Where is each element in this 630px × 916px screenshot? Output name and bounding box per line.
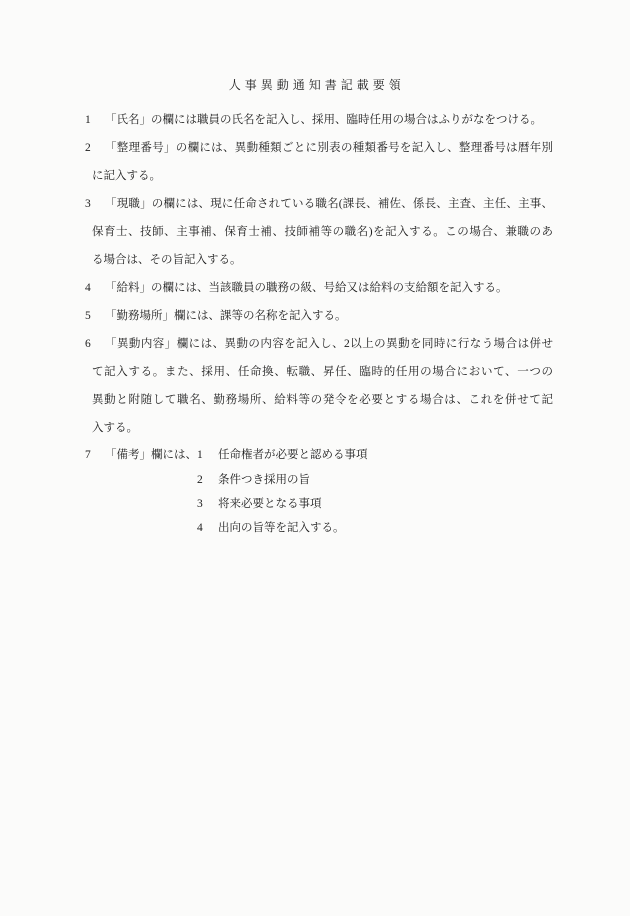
- item-line: 入する。: [92, 414, 553, 442]
- item-5: 5 「勤務場所」欄には、課等の名称を記入する。: [60, 302, 553, 330]
- sub-item-line: 2条件つき採用の旨: [92, 468, 553, 492]
- item-number: 6: [85, 330, 91, 358]
- page-title: 人 事 異 動 通 知 書 記 載 要 領: [0, 0, 630, 92]
- item-number: 5: [85, 302, 91, 330]
- item-line: 「備考」欄には、1任命権者が必要と認める事項: [92, 442, 553, 468]
- item-4: 4 「給料」の欄には、当該職員の職務の級、号給又は給料の支給額を記入する。: [60, 274, 553, 302]
- document-page: 人 事 異 動 通 知 書 記 載 要 領 1 「氏名」の欄には職員の氏名を記入…: [0, 0, 630, 916]
- sub-item-number: 4: [197, 516, 218, 540]
- sub-item-text: 任命権者が必要と認める事項: [218, 449, 368, 461]
- item-lead-text: 「備考」欄には、: [105, 449, 197, 461]
- item-7: 7 「備考」欄には、1任命権者が必要と認める事項 2条件つき採用の旨 3将来必要…: [60, 442, 553, 540]
- item-number: 4: [85, 274, 91, 302]
- sub-item-line: 4出向の旨等を記入する。: [92, 516, 553, 540]
- item-line: 「給料」の欄には、当該職員の職務の級、号給又は給料の支給額を記入する。: [92, 274, 553, 302]
- sub-item-text: 出向の旨等を記入する。: [218, 522, 345, 534]
- item-line: 「現職」の欄には、現に任命されている職名(課長、補佐、係長、主査、主任、主事、: [92, 190, 553, 218]
- item-list: 1 「氏名」の欄には職員の氏名を記入し、採用、臨時任用の場合はふりがなをつける。…: [0, 106, 630, 540]
- sub-item-number: 3: [197, 492, 218, 516]
- item-line: 異動と附随して職名、勤務場所、給料等の発令を必要とする場合は、これを併せて記: [92, 386, 553, 414]
- item-line: 「整理番号」の欄には、異動種類ごとに別表の種類番号を記入し、整理番号は暦年別: [92, 134, 553, 162]
- item-number: 7: [85, 442, 91, 468]
- sub-item-line: 3将来必要となる事項: [92, 492, 553, 516]
- item-3: 3 「現職」の欄には、現に任命されている職名(課長、補佐、係長、主査、主任、主事…: [60, 190, 553, 274]
- item-line: に記入する。: [92, 162, 553, 190]
- item-number: 1: [85, 106, 91, 134]
- item-line: 「異動内容」欄には、異動の内容を記入し、2以上の異動を同時に行なう場合は併せ: [92, 330, 553, 358]
- sub-item-number: 1: [197, 442, 218, 468]
- item-2: 2 「整理番号」の欄には、異動種類ごとに別表の種類番号を記入し、整理番号は暦年別…: [60, 134, 553, 190]
- item-line: 保育士、技師、主事補、保育士補、技師補等の職名)を記入する。この場合、兼職のあ: [92, 218, 553, 246]
- item-number: 2: [85, 134, 91, 162]
- item-line: て記入する。また、採用、任命換、転職、昇任、臨時的任用の場合において、一つの: [92, 358, 553, 386]
- sub-item-number: 2: [197, 468, 218, 492]
- item-line: る場合は、その旨記入する。: [92, 246, 553, 274]
- item-line: 「勤務場所」欄には、課等の名称を記入する。: [92, 302, 553, 330]
- sub-item-text: 条件つき採用の旨: [218, 474, 310, 486]
- item-number: 3: [85, 190, 91, 218]
- sub-item-text: 将来必要となる事項: [218, 498, 322, 510]
- item-line: 「氏名」の欄には職員の氏名を記入し、採用、臨時任用の場合はふりがなをつける。: [92, 106, 553, 134]
- item-6: 6 「異動内容」欄には、異動の内容を記入し、2以上の異動を同時に行なう場合は併せ…: [60, 330, 553, 442]
- item-1: 1 「氏名」の欄には職員の氏名を記入し、採用、臨時任用の場合はふりがなをつける。: [60, 106, 553, 134]
